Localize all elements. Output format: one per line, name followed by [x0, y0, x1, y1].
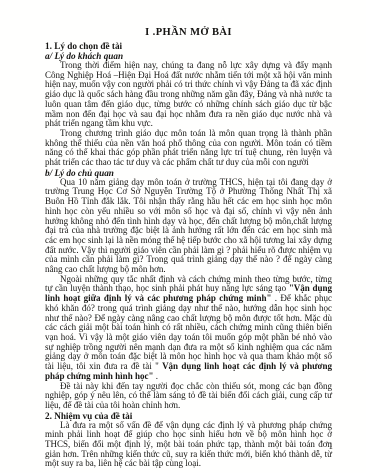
- paragraph-subjective-reasons: Qua 10 năm giảng dạy môn toán ở trường T…: [45, 178, 332, 275]
- page-number: 1: [329, 441, 334, 451]
- paragraph-objective-reasons-2: Trong chương trình giáo dục môn toán là …: [45, 129, 332, 168]
- paragraph-objective-reasons-1: Trong thời điểm hiện nay, chúng ta đang …: [45, 61, 332, 129]
- paragraph-closing-request: Đề tài này khi đến tay người đọc chắc cò…: [45, 382, 332, 411]
- paragraph-topic-statement: Ngoài những quy tắc nhất định và cách ch…: [45, 275, 332, 382]
- text-run: .: [153, 371, 158, 381]
- section-1-heading: 1. Lý do chọn đề tài: [45, 41, 332, 51]
- document-page: I .PHẦN MỞ BÀI 1. Lý do chọn đề tài a/ L…: [0, 0, 366, 473]
- page-title: I .PHẦN MỞ BÀI: [45, 26, 332, 39]
- paragraph-task-of-topic: Là đưa ra một số vấn đề để vận dụng các …: [45, 421, 332, 470]
- text-run: . Để khắc phục khó khăn đó? trong quá tr…: [45, 293, 332, 371]
